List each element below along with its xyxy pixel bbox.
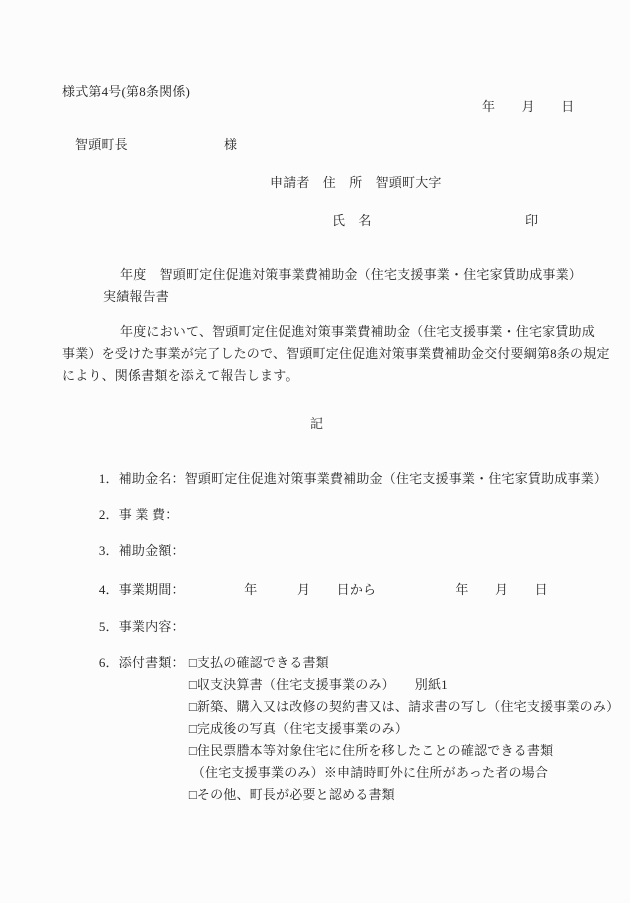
item-number: 4． (99, 582, 119, 597)
doc-title-line2: 実績報告書 (103, 289, 169, 305)
seal-mark: 印 (525, 213, 538, 229)
addressee-honorific: 様 (224, 137, 237, 153)
item-number: 1． (99, 471, 119, 486)
item-text: 事 業 費： (119, 507, 179, 522)
applicant-address-line: 申請者 住 所 智頭町大字 (270, 175, 442, 191)
doc-title-line1: 年度 智頭町定住促進対策事業費補助金（住宅支援事業・住宅家賃助成事業） (120, 267, 582, 283)
item-text: 補助金名：智頭町定住促進対策事業費補助金（住宅支援事業・住宅家賃助成事業） (119, 471, 607, 486)
item-text: 補助金額： (119, 543, 185, 558)
body-line: により、関係書類を添えて報告します。 (62, 368, 299, 384)
form-number: 様式第4号(第8条関係) (62, 84, 190, 100)
date-line: 年 月 日 (482, 99, 574, 115)
item-number: 6． (99, 655, 119, 670)
body-line: 事業）を受けた事業が完了したので、智頭町定住促進対策事業費補助金交付要綱第8条の… (62, 346, 610, 362)
item-number: 2． (99, 507, 119, 522)
item-text: 事業期間： 年 月 日から 年 月 日 (119, 582, 548, 597)
item-number: 5． (99, 619, 119, 634)
item-number: 3． (99, 543, 119, 558)
addressee-name: 智頭町長 (75, 137, 128, 153)
checkbox-icon: □ (189, 787, 197, 802)
attachment-line: □その他、町長が必要と認める書類 (175, 771, 395, 819)
body-line: 年度において、智頭町定住促進対策事業費補助金（住宅支援事業・住宅家賃助成 (120, 324, 595, 340)
document-page: 様式第4号(第8条関係) 年 月 日 智頭町長 様 申請者 住 所 智頭町大字 … (0, 0, 630, 903)
item-text: 事業内容： (119, 619, 185, 634)
applicant-name-label: 氏 名 (332, 213, 372, 229)
record-mark: 記 (310, 416, 323, 432)
item-6-attached-documents: 6．添付書類： (85, 639, 185, 687)
attachment-text: その他、町長が必要と認める書類 (197, 787, 395, 802)
